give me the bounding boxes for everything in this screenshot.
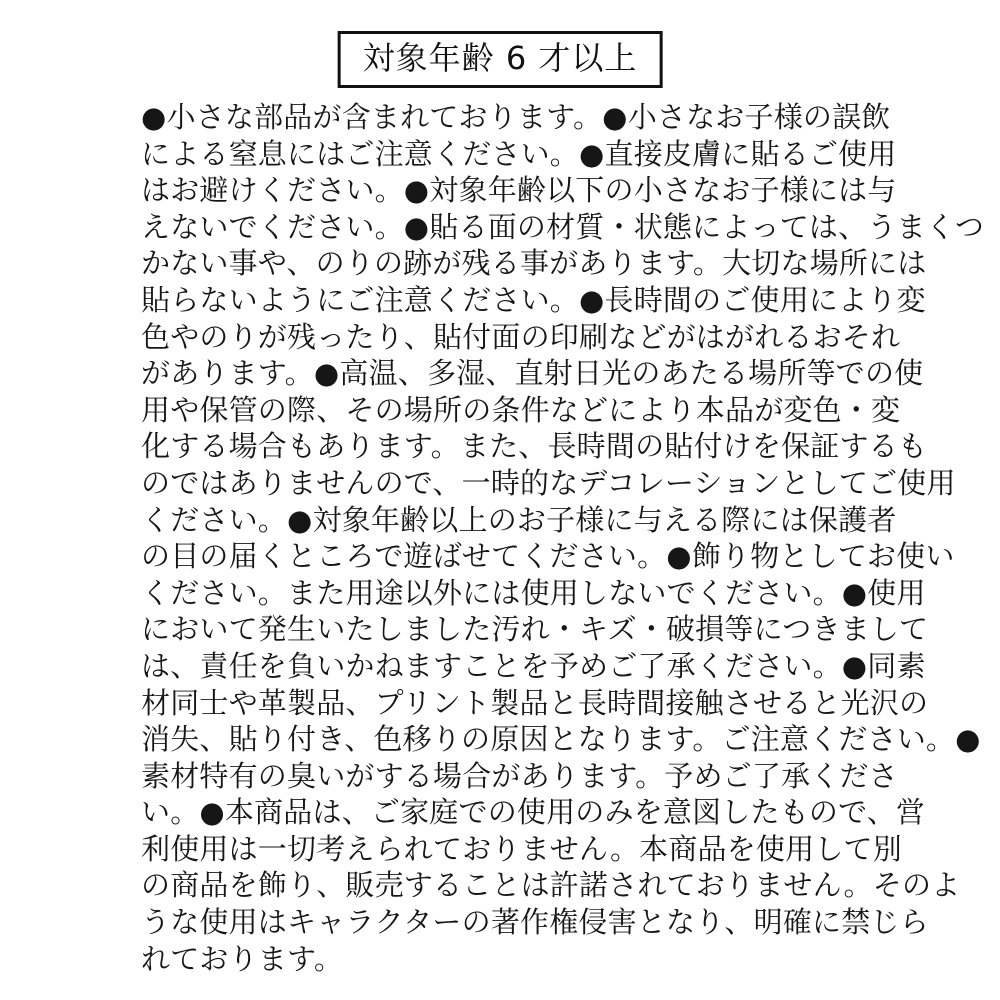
warning-text-line: ください。●対象年齢以上のお子様に与える際には保護者 xyxy=(141,502,881,539)
warning-text-line: れております。 xyxy=(141,941,881,978)
warning-text-line: 用や保管の際、その場所の条件などにより本品が変色・変 xyxy=(141,392,881,429)
age-restriction-label: 対象年齢 6 才以上 xyxy=(363,39,638,77)
warning-text-line: の目の届くところで遊ばせてください。●飾り物としてお使い xyxy=(141,538,881,575)
warning-text-line: の商品を飾り、販売することは許諾されておりません。そのよ xyxy=(141,867,881,904)
warning-text-line: 色やのりが残ったり、貼付面の印刷などがはがれるおそれ xyxy=(141,319,881,356)
warning-text-line: ●小さな部品が含まれております。●小さなお子様の誤飲 xyxy=(141,99,881,136)
warning-label-page: 対象年齢 6 才以上 ●小さな部品が含まれております。●小さなお子様の誤飲による… xyxy=(0,0,1000,1000)
warning-text-line: 素材特有の臭いがする場合があります。予めご了承くださ xyxy=(141,758,881,795)
warning-text-line: はお避けください。●対象年齢以下の小さなお子様には与 xyxy=(141,172,881,209)
warning-text-line: 化する場合もあります。また、長時間の貼付けを保証するも xyxy=(141,428,881,465)
warning-text-line: のではありませんので、一時的なデコレーションとしてご使用 xyxy=(141,465,881,502)
warning-text-block: ●小さな部品が含まれております。●小さなお子様の誤飲による窒息にはご注意ください… xyxy=(141,99,881,977)
warning-text-line: 材同士や革製品、プリント製品と長時間接触させると光沢の xyxy=(141,685,881,722)
warning-text-line: は、責任を負いかねますことを予めご了承ください。●同素 xyxy=(141,648,881,685)
warning-text-line: による窒息にはご注意ください。●直接皮膚に貼るご使用 xyxy=(141,136,881,173)
warning-text-line: 消失、貼り付き、色移りの原因となります。ご注意ください。● xyxy=(141,721,881,758)
warning-text-line: 利使用は一切考えられておりません。本商品を使用して別 xyxy=(141,831,881,868)
warning-text-line: があります。●高温、多湿、直射日光のあたる場所等での使 xyxy=(141,355,881,392)
warning-text-line: 貼らないようにご注意ください。●長時間のご使用により変 xyxy=(141,282,881,319)
warning-text-line: ください。また用途以外には使用しないでください。●使用 xyxy=(141,575,881,612)
age-restriction-box: 対象年齢 6 才以上 xyxy=(338,31,663,88)
warning-text-line: かない事や、のりの跡が残る事があります。大切な場所には xyxy=(141,245,881,282)
warning-text-line: えないでください。●貼る面の材質・状態によっては、うまくつ xyxy=(141,209,881,246)
warning-text-line: において発生いたしました汚れ・キズ・破損等につきまして xyxy=(141,611,881,648)
warning-text-line: い。●本商品は、ご家庭での使用のみを意図したもので、営 xyxy=(141,794,881,831)
warning-text-line: うな使用はキャラクターの著作権侵害となり、明確に禁じら xyxy=(141,904,881,941)
